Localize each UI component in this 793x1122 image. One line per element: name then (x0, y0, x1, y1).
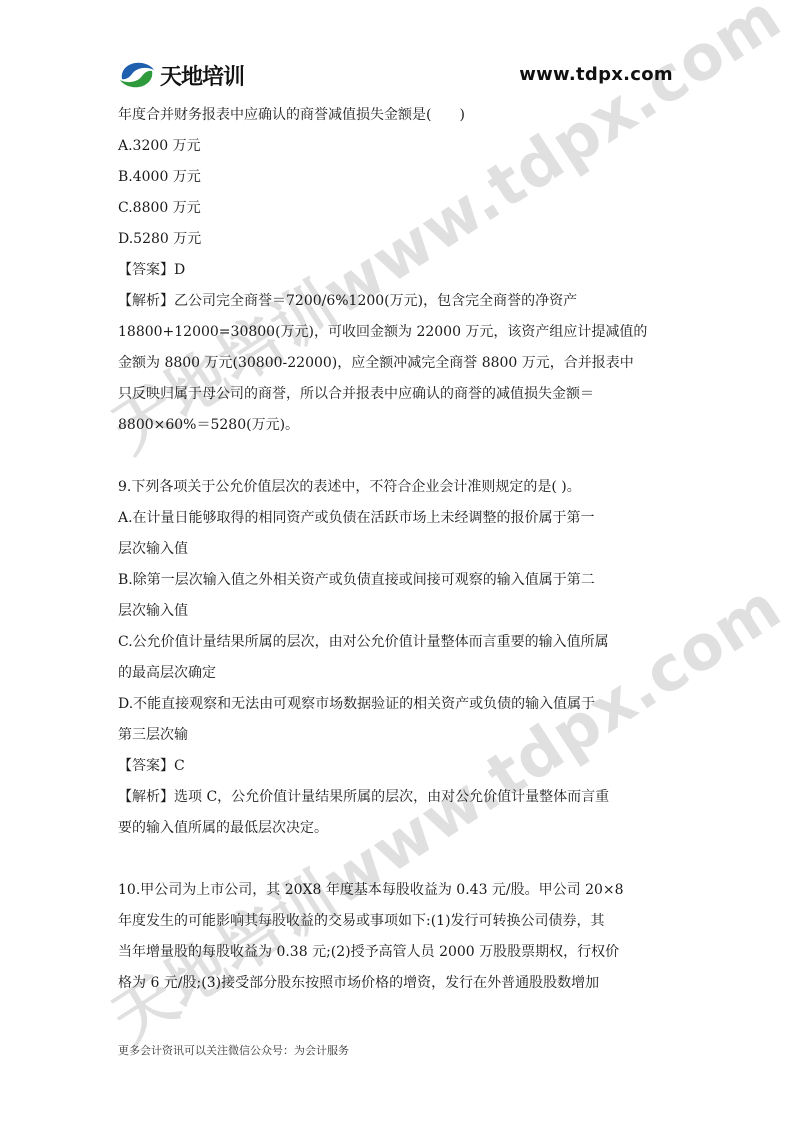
document-body: 年度合并财务报表中应确认的商誉减值损失金额是( ) A.3200 万元 B.40… (118, 100, 678, 999)
logo-text: 天地培训 (160, 60, 244, 91)
q9-analysis-line: 要的输入值所属的最低层次决定。 (118, 813, 678, 844)
q8-option-c: C.8800 万元 (118, 193, 678, 224)
q9-answer: 【答案】C (118, 751, 678, 782)
q8-option-a: A.3200 万元 (118, 131, 678, 162)
q10-line: 10.甲公司为上市公司，其 20X8 年度基本每股收益为 0.43 元/股。甲公… (118, 875, 678, 906)
q8-option-b: B.4000 万元 (118, 162, 678, 193)
q8-analysis-line: 只反映归属于母公司的商誉，所以合并报表中应确认的商誉的减值损失金额＝ (118, 379, 678, 410)
spacer (118, 844, 678, 875)
q8-analysis-line: 金额为 8800 万元(30800-22000)，应全额冲减完全商誉 8800 … (118, 348, 678, 379)
q8-option-d: D.5280 万元 (118, 224, 678, 255)
page-footer: 更多会计资讯可以关注微信公众号：为会计服务 (118, 1042, 349, 1058)
q9-option-b-cont: 层次输入值 (118, 596, 678, 627)
q9-stem: 9.下列各项关于公允价值层次的表述中，不符合企业会计准则规定的是( )。 (118, 472, 678, 503)
q9-option-d: D.不能直接观察和无法由可观察市场数据验证的相关资产或负债的输入值属于 (118, 689, 678, 720)
q9-option-d-cont: 第三层次输 (118, 720, 678, 751)
q10-line: 年度发生的可能影响其每股收益的交易或事项如下:(1)发行可转换公司债券，其 (118, 906, 678, 937)
q9-option-c-cont: 的最高层次确定 (118, 658, 678, 689)
q8-stem: 年度合并财务报表中应确认的商誉减值损失金额是( ) (118, 100, 678, 131)
q9-option-b: B.除第一层次输入值之外相关资产或负债直接或间接可观察的输入值属于第二 (118, 565, 678, 596)
q8-analysis-line: 【解析】乙公司完全商誉＝7200/6%1200(万元)，包含完全商誉的净资产 (118, 286, 678, 317)
q10-line: 格为 6 元/股;(3)接受部分股东按照市场价格的增资，发行在外普通股股数增加 (118, 968, 678, 999)
q10-line: 当年增量股的每股收益为 0.38 元;(2)授予高管人员 2000 万股股票期权… (118, 937, 678, 968)
q9-option-c: C.公允价值计量结果所属的层次，由对公允价值计量整体而言重要的输入值所属 (118, 627, 678, 658)
page-header: 天地培训 www.tdpx.com (118, 56, 673, 96)
q8-analysis-line: 8800×60%＝5280(万元)。 (118, 410, 678, 441)
spacer (118, 441, 678, 472)
q9-option-a-cont: 层次输入值 (118, 534, 678, 565)
brand-logo: 天地培训 (118, 58, 244, 92)
q9-option-a: A.在计量日能够取得的相同资产或负债在活跃市场上未经调整的报价属于第一 (118, 503, 678, 534)
swirl-logo-icon (118, 59, 156, 91)
site-url: www.tdpx.com (519, 64, 673, 85)
q9-analysis-line: 【解析】选项 C，公允价值计量结果所属的层次，由对公允价值计量整体而言重 (118, 782, 678, 813)
q8-analysis-line: 18800+12000=30800(万元)，可收回金额为 22000 万元，该资… (118, 317, 678, 348)
q8-answer: 【答案】D (118, 255, 678, 286)
